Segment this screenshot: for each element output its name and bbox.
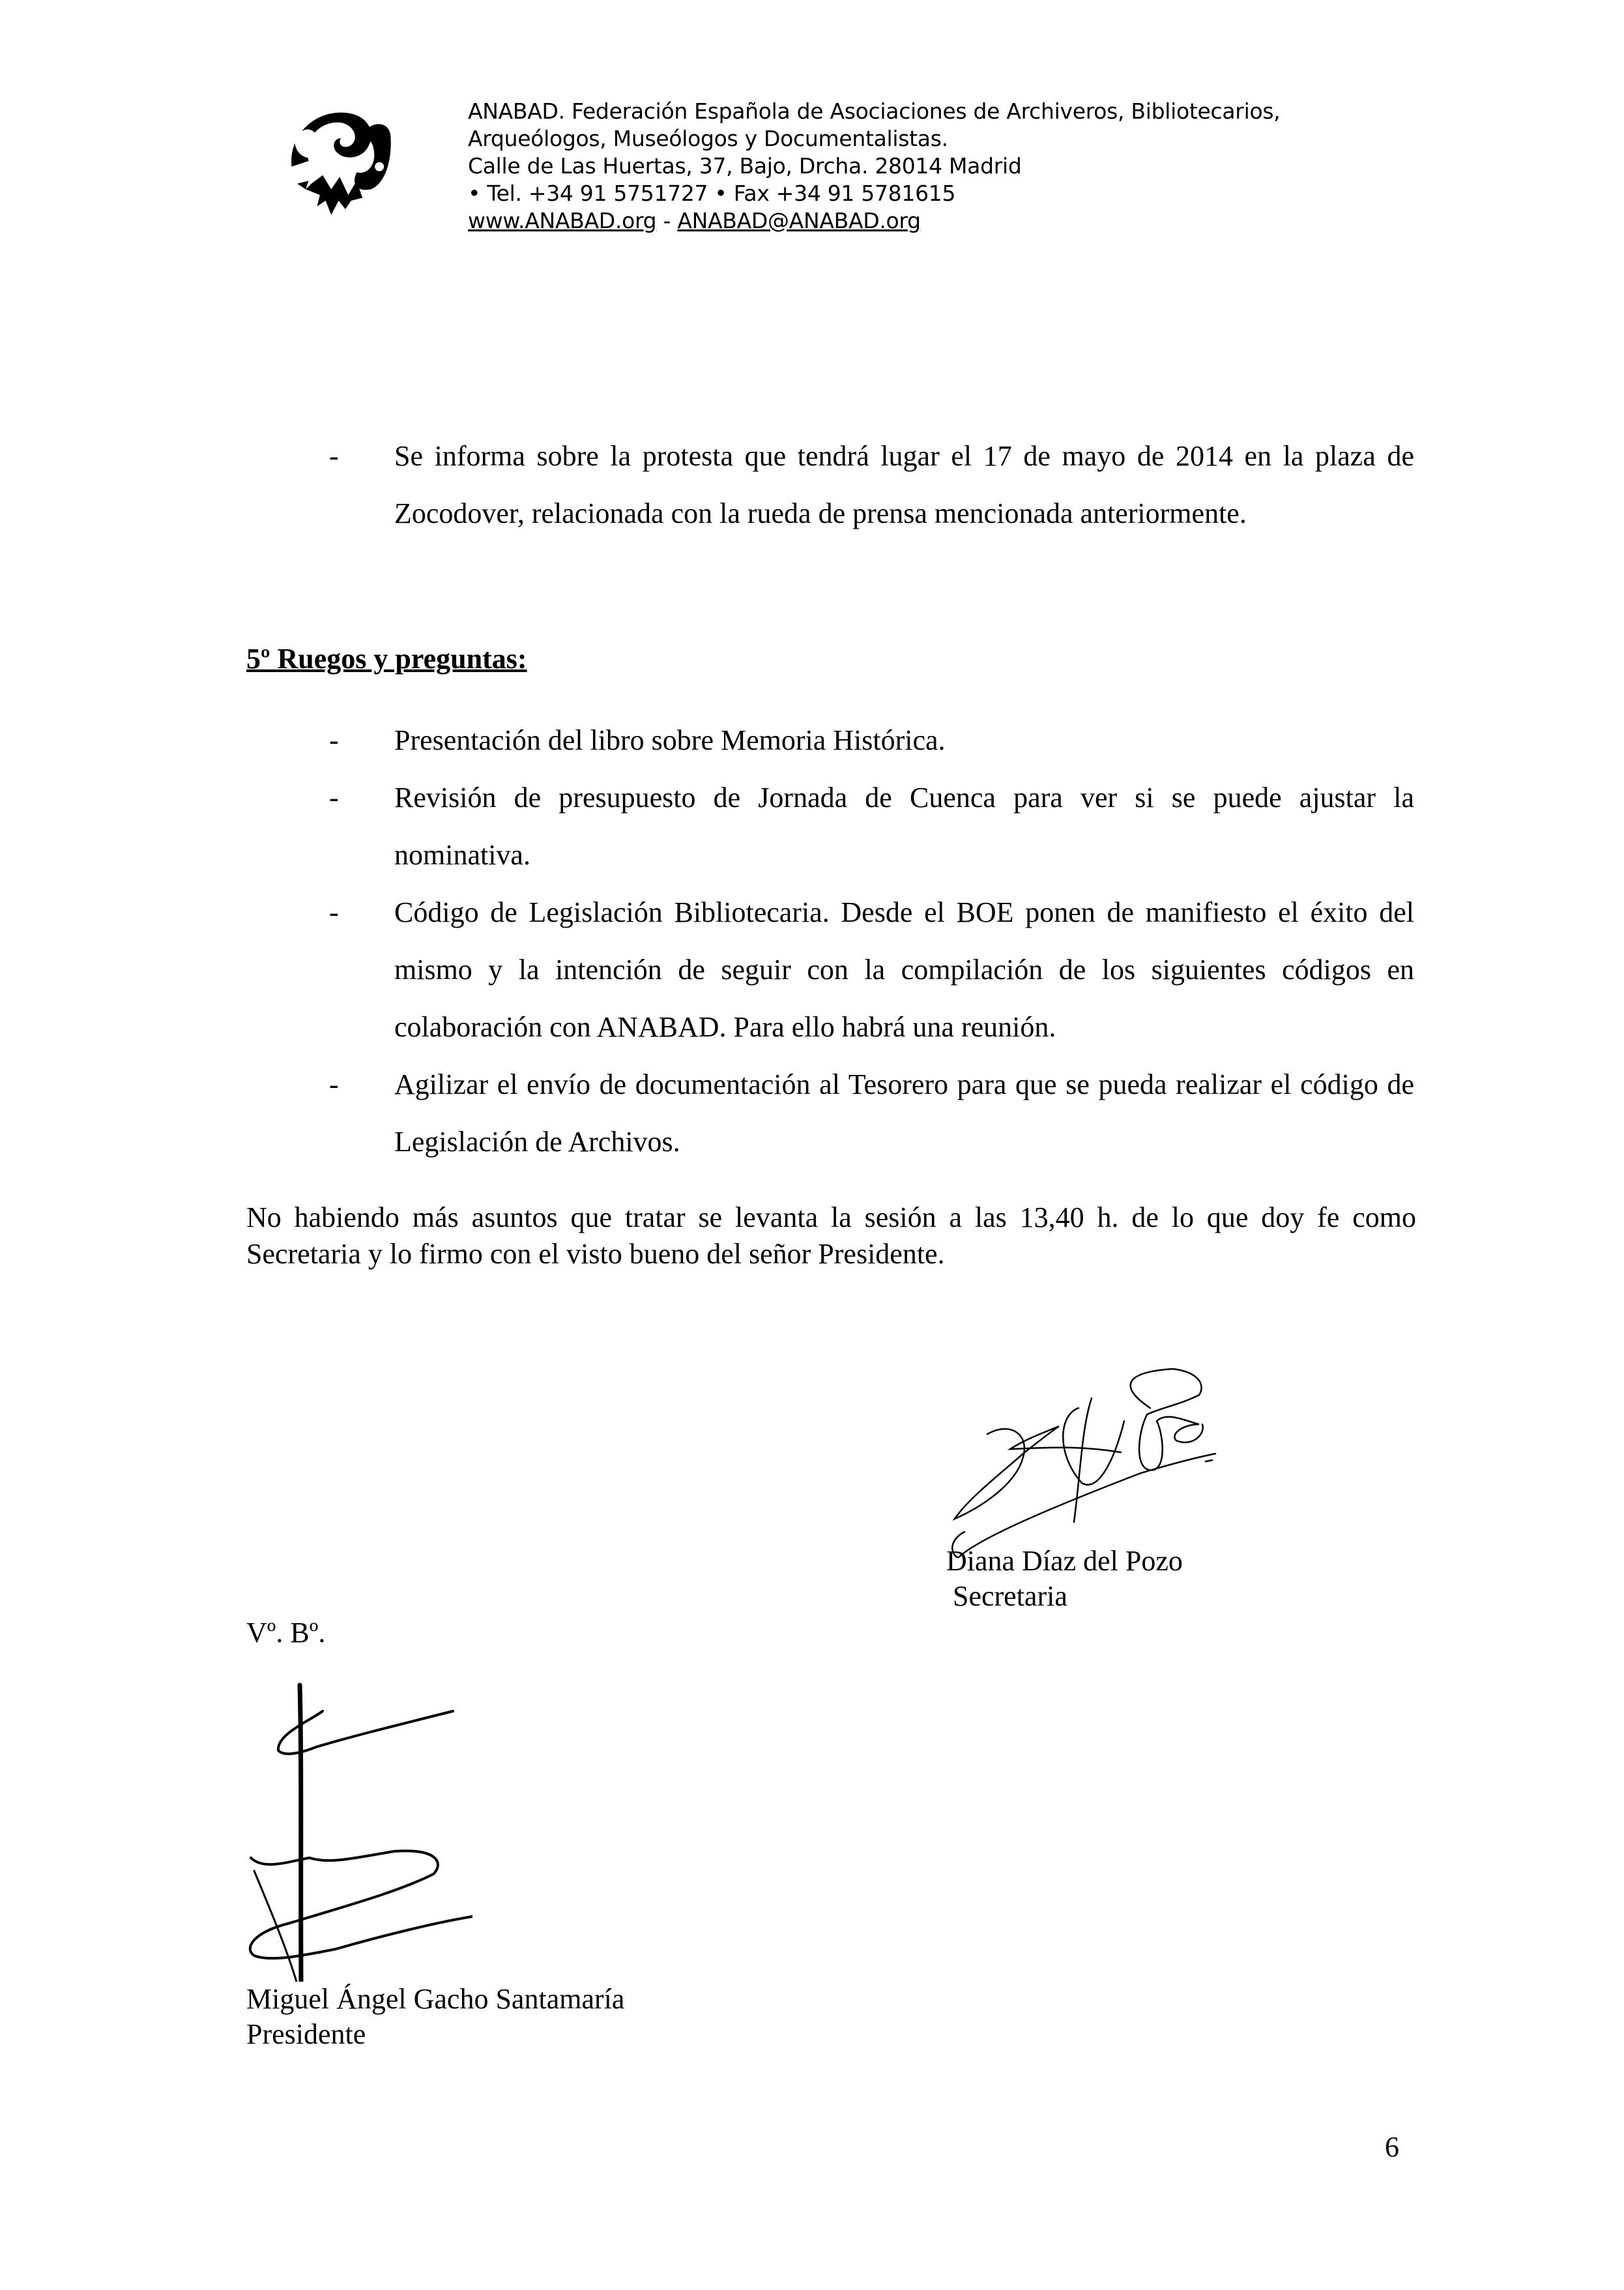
president-name: Miguel Ángel Gacho Santamaría [246, 1982, 624, 2017]
list-item-text: Se informa sobre la protesta que tendrá … [394, 440, 1414, 529]
approval-label: Vº. Bº. [246, 1615, 325, 1651]
agenda-list-previous: - Se informa sobre la protesta que tendr… [329, 428, 1414, 542]
email-link[interactable]: ANABAD@ANABAD.org [677, 208, 920, 233]
president-signature-icon [238, 1675, 472, 1982]
list-item: - Revisión de presupuesto de Jornada de … [329, 769, 1414, 884]
page-number: 6 [1385, 2130, 1399, 2164]
dash-marker: - [329, 1056, 355, 1113]
section-heading: 5º Ruegos y preguntas: [246, 642, 527, 675]
letterhead-organization-cont: Arqueólogos, Museólogos y Documentalista… [468, 125, 1280, 153]
secretary-name: Diana Díaz del Pozo [946, 1544, 1183, 1579]
dash-marker: - [329, 884, 355, 941]
list-item: - Código de Legislación Bibliotecaria. D… [329, 884, 1414, 1056]
list-item: - Presentación del libro sobre Memoria H… [329, 712, 1414, 769]
secretary-role: Secretaria [953, 1579, 1067, 1614]
secretary-signature-icon [925, 1343, 1264, 1558]
ruegos-preguntas-list: - Presentación del libro sobre Memoria H… [329, 712, 1414, 1171]
link-separator: - [656, 208, 677, 233]
dash-marker: - [329, 712, 355, 769]
anabad-logo-icon [274, 104, 417, 235]
letterhead-phone-fax: • Tel. +34 91 5751727 • Fax +34 91 57816… [468, 180, 1280, 207]
list-item: - Se informa sobre la protesta que tendr… [329, 428, 1414, 542]
website-link[interactable]: www.ANABAD.org [468, 208, 656, 233]
letterhead: ANABAD. Federación Española de Asociacio… [468, 98, 1280, 235]
closing-paragraph: No habiendo más asuntos que tratar se le… [246, 1199, 1416, 1272]
letterhead-links: www.ANABAD.org - ANABAD@ANABAD.org [468, 207, 1280, 235]
list-item-text: Revisión de presupuesto de Jornada de Cu… [394, 782, 1414, 871]
president-role: Presidente [246, 2017, 366, 2052]
list-item-text: Presentación del libro sobre Memoria His… [394, 724, 946, 756]
list-item-text: Código de Legislación Bibliotecaria. Des… [394, 896, 1414, 1043]
letterhead-organization: ANABAD. Federación Española de Asociacio… [468, 98, 1280, 125]
dash-marker: - [329, 428, 355, 485]
letterhead-address: Calle de Las Huertas, 37, Bajo, Drcha. 2… [468, 153, 1280, 180]
list-item: - Agilizar el envío de documentación al … [329, 1056, 1414, 1171]
document-page: ANABAD. Federación Española de Asociacio… [0, 0, 1624, 2290]
dash-marker: - [329, 769, 355, 827]
list-item-text: Agilizar el envío de documentación al Te… [394, 1068, 1414, 1158]
